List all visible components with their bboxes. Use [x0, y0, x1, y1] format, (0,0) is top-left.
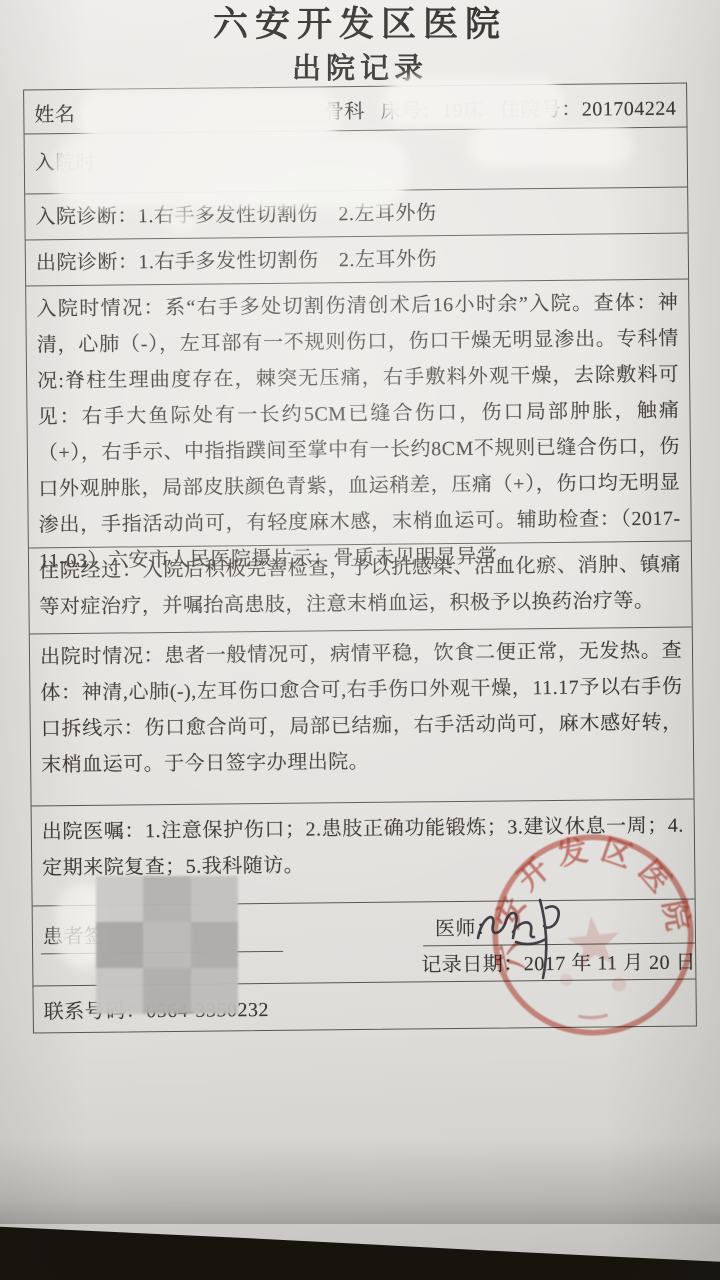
discharge-diagnosis-row: 出院诊断：1.右手多发性切割伤 2.左耳外伤 — [26, 234, 688, 287]
redaction-blur — [52, 136, 408, 208]
doctor-signature-ink — [466, 886, 590, 984]
admission-condition-row: 入院时情况：系“右手多处切割伤清创术后16小时余”入院。查体：神清，心肺（-），… — [26, 280, 691, 549]
paper-curl-shadow — [0, 1140, 720, 1224]
admission-condition: 入院时情况：系“右手多处切割伤清创术后16小时余”入院。查体：神清，心肺（-），… — [36, 285, 681, 580]
document-title: 出院记录 — [0, 46, 720, 87]
redaction-blur — [382, 78, 564, 128]
discharge-condition: 出院时情况：患者一般情况可，病情平稳，饮食二便正常，无发热。查体：神清,心肺(-… — [40, 633, 683, 784]
hospital-name: 六安开发区医院 — [0, 0, 720, 47]
redaction-blur — [166, 211, 198, 232]
hospital-course: 住院经过：入院后积极完善检查，予以抗感染、活血化瘀、消肿、镇痛等对症治疗，并嘱抬… — [39, 547, 682, 626]
redaction-blur — [78, 90, 340, 142]
name-label: 姓名 — [34, 98, 75, 127]
redaction-blur — [468, 126, 634, 166]
discharge-record-photo: 六安开发区医院 出院记录 姓名 骨科 床号：19床 住院号：201704224 … — [0, 0, 720, 1280]
pixelation-mosaic — [96, 876, 238, 1014]
hospital-course-row: 住院经过：入院后积极完善检查，予以抗感染、活血化瘀、消肿、镇痛等对症治疗，并嘱抬… — [29, 542, 692, 635]
discharge-diagnosis: 出院诊断：1.右手多发性切割伤 2.左耳外伤 — [36, 241, 437, 281]
discharge-condition-row: 出院时情况：患者一般情况可，病情平稳，饮食二便正常，无发热。查体：神清,心肺(-… — [30, 628, 694, 807]
